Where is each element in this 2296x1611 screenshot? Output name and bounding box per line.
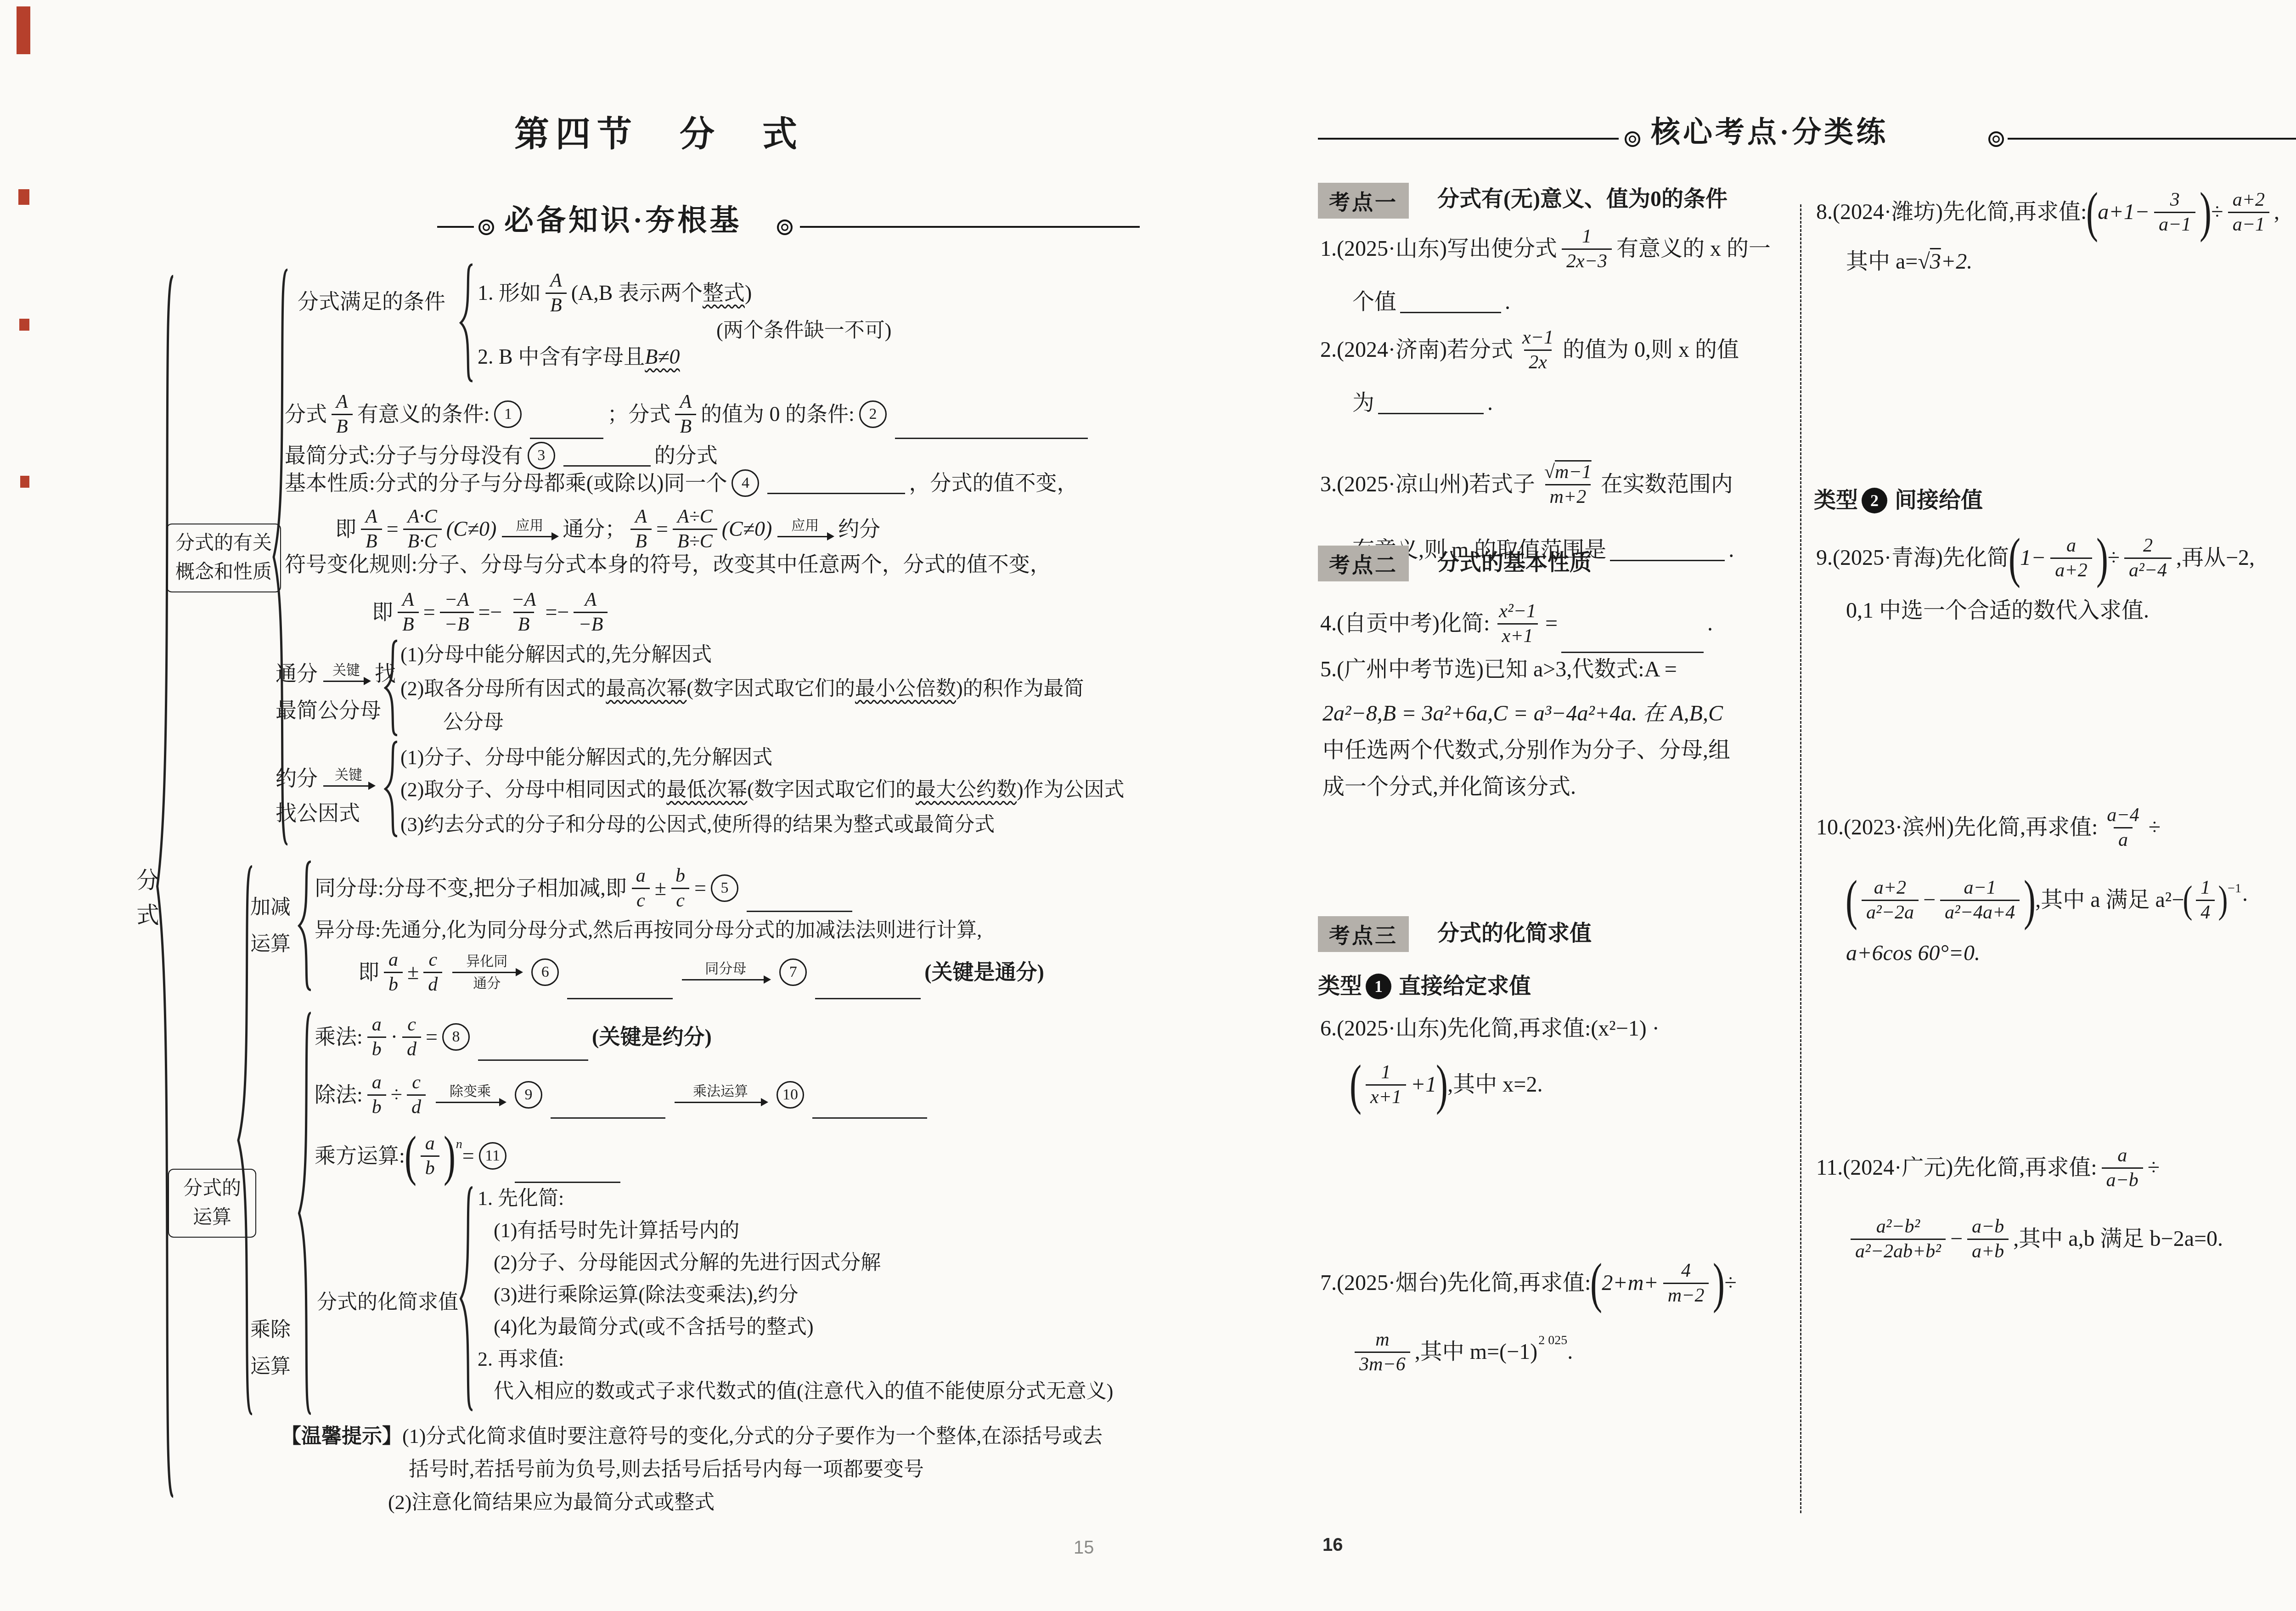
keypoint3-title-text: 分式的化简求值 [1437, 920, 1592, 947]
circled-4: 4 [732, 469, 759, 497]
blank-line [551, 1099, 665, 1119]
fraction: aa−b [2102, 1144, 2143, 1192]
frac-den: −B [574, 612, 608, 636]
big-paren-open: ( [2086, 185, 2098, 240]
simplest-text2: 的分式 [654, 442, 718, 469]
p1-text2: 有意义的 x 的一 [1616, 235, 1771, 263]
tongfen-item2-a: (2)取各分母所有因式的 [400, 676, 606, 701]
red-edge-mark [17, 6, 30, 54]
big-paren-open: ( [1350, 1057, 1362, 1112]
p6-line1-text: 6.(2025·山东)先化简,再求值:(x²−1) · [1320, 1015, 1660, 1042]
fraction: −AB [507, 588, 541, 636]
big-paren-open: ( [2009, 530, 2020, 586]
p6-plus1: +1 [1411, 1071, 1436, 1098]
equals-sign: = [462, 1143, 474, 1169]
problem-2-line2: 为. [1352, 389, 1493, 417]
yuefen-item3: (3)约去分式的分子和分母的公因式,使所得的结果为整式或最简分式 [400, 812, 995, 837]
fraction: a−1a²−4a+4 [1940, 876, 2020, 924]
frac-den: B [675, 414, 696, 438]
p9-line2-text: 0,1 中选一个合适的数代入求值. [1846, 597, 2149, 625]
cond-item1-close: ) [745, 280, 752, 306]
frac-num: A [361, 505, 382, 528]
minus-sign: − [1923, 886, 1936, 914]
meaning-text4: 的值为 0 的条件: [701, 401, 855, 428]
addsub-diff-denominator: 异分母:先通分,化为同分母分式,然后再按同分母分式的加减法法则进行计算, [315, 918, 982, 943]
fraction: cd [402, 1013, 421, 1061]
frac-den: b [367, 1036, 386, 1061]
big-paren-open: ( [1846, 873, 1857, 928]
frac-num: a−b [1967, 1215, 2009, 1238]
keypoint1-title-text: 分式有(无)意义、值为0的条件 [1437, 186, 1728, 213]
circled-5: 5 [711, 874, 738, 902]
sign-rule-row: 符号变化规则:分子、分母与分式本身的符号，改变其中任意两个，分式的值不变， [285, 551, 1051, 578]
frac-num: x²−1 [1494, 600, 1541, 623]
div-label: 除法: [315, 1082, 363, 1108]
circled-8: 8 [442, 1023, 470, 1051]
frac-den: m+2 [1545, 484, 1591, 508]
brace-icon [459, 263, 475, 383]
basic-property-row: 基本性质:分式的分子与分母都乘(或除以)同一个 4 ，分式的值不变， [285, 469, 1078, 497]
p9-line1-text: 9.(2025·青海)先化简 [1816, 544, 2009, 572]
yuefen-item1: (1)分子、分母中能分解因式的,先分解因式 [400, 745, 772, 770]
yuefen-item2-wavy2: 最大公约数 [916, 777, 1017, 802]
brace-icon [459, 1184, 475, 1414]
formula-text: 约分 [838, 516, 880, 542]
labeled-arrow: 应用 [502, 518, 557, 540]
fraction: 1x+1 [1366, 1061, 1406, 1109]
arrow-label: 关键 [335, 767, 362, 783]
type1-title: 直接给定求值 [1399, 973, 1531, 1000]
problem-7-line1: 7.(2025·烟台)先化简,再求值: ( 2+m+ 4m−2 ) ÷ [1320, 1251, 1737, 1315]
p7-divide: ÷ [1724, 1269, 1736, 1297]
frac-den: a [2114, 827, 2133, 851]
sv-step1: 1. 先化简: [478, 1186, 564, 1211]
blank-line [747, 892, 852, 912]
frac-num: a+2 [2228, 188, 2269, 211]
blank-line [515, 1163, 620, 1183]
labeled-arrow: 关键 [323, 767, 374, 789]
fraction: AB [546, 269, 567, 317]
labeled-arrow: 除变乘 [436, 1084, 505, 1106]
yuefen-item2-wavy1: 最低次幂 [666, 777, 747, 802]
arrow-icon [675, 1102, 766, 1103]
blank-line [895, 419, 1088, 439]
fraction: ab [367, 1013, 386, 1061]
addsub-same-denominator: 同分母:分母不变,把分子相加减,即 ac ± bc = 5 [315, 862, 856, 915]
formula-text: 即 [358, 959, 379, 986]
fraction: A·CB·C [403, 505, 442, 553]
keypoint3-badge: 考点三 [1318, 916, 1409, 952]
simplify-evaluate-text: 分式的化简求值 [317, 1290, 458, 1315]
p1-text1: 1.(2025·山东)写出使分式 [1320, 235, 1557, 263]
arrow-label-bottom: 通分 [473, 976, 501, 991]
banner-ring-icon [478, 220, 494, 235]
yuefen-word: 约分 [276, 765, 318, 792]
sign-rule-text: 符号变化规则:分子、分母与分式本身的符号，改变其中任意两个，分式的值不变， [285, 551, 1051, 578]
knowledge-banner-title: 必备知识·夯根基 [504, 202, 742, 239]
radicand: 3 [1930, 248, 1941, 276]
fraction: AB [332, 390, 353, 438]
frac-den: a−1 [2228, 212, 2269, 236]
arrow-icon [682, 979, 769, 980]
sv-step1d: (4)化为最简分式(或不含括号的整式) [494, 1314, 814, 1340]
radicand: m−1 [1555, 462, 1592, 483]
p8-divide: ÷ [2211, 198, 2223, 226]
medium-paren-close: ) [2218, 881, 2228, 919]
sv-step1c: (3)进行乘除运算(除法变乘法),约分 [494, 1282, 799, 1307]
tip-row1: 【温馨提示】(1)分式化简求值时要注意符号的变化,分式的分子要作为一个整体,在添… [281, 1424, 1103, 1449]
frac-num: a [631, 864, 650, 887]
brace-icon [384, 639, 400, 737]
frac-den: b [367, 1094, 386, 1119]
addsub-word1: 加减 [250, 895, 291, 920]
circled-1: 1 [494, 400, 522, 428]
circled-11: 11 [479, 1142, 506, 1170]
sv-step1d-text: (4)化为最简分式(或不含括号的整式) [494, 1314, 814, 1340]
sqrt-icon: √ [1918, 248, 1930, 276]
cond-label-text: 分式满足的条件 [298, 288, 445, 315]
frac-num: −A [440, 588, 474, 611]
muldiv-label-line2: 运算 [250, 1354, 291, 1379]
frac-num: a²−b² [1872, 1215, 1925, 1238]
frac-num: a [367, 1071, 386, 1094]
big-paren-close: ) [2200, 185, 2212, 240]
fraction: a²−b²a²−2ab+b² [1851, 1215, 1946, 1263]
frac-num: a [367, 1013, 386, 1036]
frac-num: a [2062, 534, 2081, 557]
equals-sign: = [426, 1024, 438, 1050]
mul-label: 乘法: [315, 1024, 363, 1050]
frac-num: 4 [1677, 1259, 1695, 1282]
sv-step2a: 代入相应的数或式子求代数式的值(注意代入的值不能使原分式无意义) [494, 1379, 1113, 1404]
frac-num: a [384, 948, 403, 971]
fraction: A÷CB÷C [673, 505, 717, 553]
fraction: ab [367, 1071, 386, 1119]
cond-item2-text: 2. B 中含有字母且 [478, 344, 645, 370]
frac-den: a−1 [2154, 212, 2195, 236]
dot-sign: · [391, 1024, 398, 1050]
type2-word: 类型 [1814, 487, 1858, 514]
cond-item1-wavy: 整式 [703, 280, 745, 306]
fraction: ab [384, 948, 403, 996]
fraction: ac [631, 864, 650, 912]
frac-num: A [332, 390, 353, 413]
fraction: bc [671, 864, 690, 912]
fraction: m3m−6 [1355, 1328, 1410, 1376]
tongfen-word: 通分 [276, 660, 318, 687]
arrow-icon [436, 1102, 505, 1103]
p5-line3-text: 中任选两个代数式,分别作为分子、分母,组 [1322, 737, 1730, 764]
p7-line1-text: 7.(2025·烟台)先化简,再求值: [1320, 1269, 1591, 1297]
p9-tail: ,再从−2, [2176, 544, 2255, 572]
addsub-item1-text: 同分母:分母不变,把分子相加减,即 [315, 875, 627, 901]
blank-line [1610, 541, 1725, 561]
equals-sign: = [478, 599, 490, 625]
meaning-text1: 分式 [285, 401, 327, 428]
arrow-label: 关键 [332, 663, 360, 678]
frac-den: a+b [1967, 1239, 2009, 1263]
banner-line-left [437, 226, 474, 228]
tip-row2: 括号时,若括号前为负号,则去括号后括号内每一项都要变号 [409, 1457, 924, 1482]
p9-divide: ÷ [2108, 544, 2120, 572]
arrow-icon [323, 681, 369, 682]
tongfen-denominator-text: 最简公分母 [276, 697, 381, 724]
p4-equals: = [1545, 610, 1558, 637]
labeled-arrow: 同分母 [682, 961, 769, 983]
problem-2-line1: 2.(2024·济南)若分式 x−12x 的值为 0,则 x 的值 [1320, 322, 1739, 377]
frac-num: A [546, 269, 567, 292]
key-note: (关键是约分) [592, 1024, 712, 1050]
tongfen-item2-f: 公分母 [443, 710, 504, 735]
p10-line1-text: 10.(2023·滨州)先化简,再求值: [1816, 814, 2098, 841]
frac-den: x+1 [1366, 1084, 1406, 1109]
cond-item1: 1. 形如 AB (A,B 表示两个整式) [478, 265, 752, 321]
frac-den: 4 [2196, 900, 2215, 924]
muldiv-word2: 运算 [250, 1354, 291, 1379]
branch-concepts-line1: 分式的有关 [174, 529, 274, 558]
problem-3-line1: 3.(2025·凉山州)若式子 √m−1m+2 在实数范围内 [1320, 450, 1733, 519]
cond-item1-note: (A,B 表示两个 [571, 280, 703, 306]
p7-expr: 2+m+ [1602, 1269, 1658, 1297]
equals-sign: = [546, 599, 557, 625]
big-paren-close: ) [1713, 1256, 1725, 1311]
frac-den: B·C [403, 529, 442, 553]
exponent: −1 [2228, 880, 2241, 896]
fraction: AB [398, 588, 419, 636]
addsub-word2: 运算 [250, 931, 291, 957]
page-number-left: 15 [1074, 1538, 1094, 1558]
division-row: 除法: ab ÷ cd 除变乘 9 乘法运算 10 [315, 1068, 931, 1121]
type2-row: 类型2间接给值 [1814, 487, 1983, 514]
frac-den: −B [440, 612, 474, 636]
keypoint1-tag: 考点一 [1329, 186, 1398, 216]
p8-comma: , [2274, 198, 2279, 226]
p8-condition: 其中 a= [1846, 248, 1918, 276]
minus-sign: − [1950, 1225, 1963, 1253]
arrow-label-top: 异化同 [466, 954, 507, 969]
problem-10-line1: 10.(2023·滨州)先化简,再求值: a−4a ÷ [1816, 795, 2161, 860]
tip-row3: (2)注意化简结果应为最简分式或整式 [388, 1490, 715, 1515]
addsub-item2-text: 异分母:先通分,化为同分母分式,然后再按同分母分式的加减法法则进行计算, [315, 918, 982, 943]
yuefen-item2-c: (数字因式取它们的 [747, 777, 916, 802]
blank-line [1378, 394, 1484, 414]
p8-tail: +2. [1941, 248, 1972, 276]
sv-step1c-text: (3)进行乘除运算(除法变乘法),约分 [494, 1282, 799, 1307]
frac-num: a+2 [1869, 876, 1911, 899]
brace-icon [384, 740, 400, 838]
p2-text2: 的值为 0,则 x 的值 [1563, 336, 1739, 364]
arrow-icon [502, 536, 557, 537]
fraction: cd [423, 948, 442, 996]
p2-text1: 2.(2024·济南)若分式 [1320, 336, 1513, 364]
problem-1-line2: 个值. [1352, 288, 1510, 316]
frac-den: b [384, 972, 403, 996]
cond-item1-text: 1. 形如 [478, 280, 541, 306]
muldiv-word1: 乘除 [250, 1317, 291, 1342]
frac-den: x+1 [1497, 623, 1538, 648]
frac-den: d [423, 972, 442, 996]
sqrt-icon: √ [1544, 462, 1555, 483]
blank-line [812, 1099, 927, 1119]
circled-10: 10 [777, 1081, 804, 1109]
condition-text: (C≠0) [446, 516, 497, 542]
fraction: 3a−1 [2154, 188, 2195, 236]
circled-7: 7 [779, 958, 807, 986]
problem-7-line2: m3m−6 ,其中 m=(−1)2 025. [1350, 1320, 1573, 1384]
arrow-label: 除变乘 [450, 1084, 491, 1099]
frac-den: B [513, 612, 535, 636]
frac-den: a²−2ab+b² [1851, 1239, 1946, 1263]
tip-line3: (2)注意化简结果应为最简分式或整式 [388, 1490, 715, 1515]
sv-step2: 2. 再求值: [478, 1346, 564, 1372]
basic-text2: ，分式的值不变， [909, 470, 1078, 496]
p1-period: . [1505, 288, 1510, 316]
keypoint2-badge: 考点二 [1318, 546, 1409, 581]
problem-5-line2: 2a²−8,B = 3a²+6a,C = a³−4a²+4a. 在 A,B,C [1322, 700, 1723, 727]
p4-text1: 4.(自贡中考)化简: [1320, 610, 1490, 637]
p10-condition: ,其中 a 满足 a²− [2035, 886, 2184, 914]
problem-6-line1: 6.(2025·山东)先化简,再求值:(x²−1) · [1320, 1015, 1660, 1042]
fraction: x²−1x+1 [1494, 600, 1541, 648]
meaning-text3: ；分式 [607, 401, 670, 428]
big-paren-close: ) [2096, 530, 2108, 586]
p1-text3: 个值 [1352, 288, 1396, 316]
problem-5-line4: 成一个分式,并化简该分式. [1322, 773, 1576, 801]
frac-den: B [398, 612, 419, 636]
arrow-icon [452, 972, 521, 973]
frac-num: b [671, 864, 690, 887]
big-paren-open: ( [1590, 1256, 1602, 1311]
frac-num: A [398, 588, 419, 611]
blank-line [563, 447, 651, 467]
frac-num: A [630, 505, 652, 528]
fraction: √m−1m+2 [1540, 461, 1596, 508]
labeled-arrow: 关键 [323, 663, 369, 685]
fraction: 12x−3 [1562, 225, 1612, 273]
frac-num: c [403, 1013, 421, 1036]
blank-line [815, 980, 921, 999]
simplest-text1: 最简分式:分子与分母没有 [285, 442, 523, 469]
branch-concepts-line2: 概念和性质 [174, 558, 274, 587]
labeled-arrow: 应用 [777, 518, 833, 540]
tongfen-item1-text: (1)分母中能分解因式的,先分解因式 [400, 642, 712, 667]
tongfen-item2-wavy1: 最高次幂 [606, 676, 687, 701]
frac-num: a [2113, 1144, 2132, 1167]
labeled-arrow: 乘法运算 [675, 1084, 766, 1106]
fraction: a+2a²−2a [1862, 876, 1919, 924]
banner-ring-icon [777, 220, 793, 235]
cond-label: 分式满足的条件 [298, 288, 445, 315]
equals-sign: = [694, 875, 706, 901]
frac-num: A·C [403, 505, 442, 528]
tip-label: 【温馨提示】 [281, 1424, 402, 1449]
condition-text: (C≠0) [722, 516, 772, 542]
keypoints-banner-title: 核心考点·分类练 [1651, 114, 1888, 151]
keypoints-banner-text: 核心考点·分类练 [1651, 114, 1888, 151]
addsub-label-line2: 运算 [250, 931, 291, 957]
frac-den: m−2 [1663, 1283, 1709, 1307]
formula-text: 即 [372, 599, 393, 625]
problem-8-line1: 8.(2024·潍坊)先化简,再求值: ( a+1− 3a−1 ) ÷ a+2a… [1816, 180, 2279, 244]
problem-5-line1: 5.(广州中考节选)已知 a>3,代数式:A = [1320, 656, 1677, 683]
sv-step1b: (2)分子、分母能因式分解的先进行因式分解 [494, 1250, 881, 1275]
branch-concepts-label: 分式的有关 概念和性质 [166, 524, 281, 592]
meaning-row: 分式 AB 有意义的条件: 1 ；分式 AB 的值为 0 的条件: 2 [285, 387, 1092, 442]
frac-num: x−1 [1518, 326, 1558, 349]
frac-num: 1 [2196, 876, 2215, 899]
frac-num: c [407, 1071, 425, 1094]
yuefen-label2: 找公因式 [276, 800, 360, 827]
p3-text1: 3.(2025·凉山州)若式子 [1320, 471, 1535, 498]
addsub-label-line1: 加减 [250, 895, 291, 920]
frac-den: B [361, 529, 382, 553]
frac-den: d [407, 1094, 426, 1119]
p2-text3: 为 [1352, 389, 1374, 417]
arrow-label: 应用 [516, 518, 543, 533]
tip-line1: (1)分式化简求值时要注意符号的变化,分式的分子要作为一个整体,在添括号或去 [402, 1424, 1103, 1449]
frac-den: b [421, 1155, 439, 1180]
frac-den: 3m−6 [1355, 1352, 1410, 1376]
divide-sign: ÷ [391, 1082, 402, 1108]
arrow-label: 乘法运算 [693, 1084, 748, 1099]
plus-minus-sign: ± [407, 959, 419, 986]
frac-den: a²−4a+4 [1940, 900, 2020, 924]
circled-2: 2 [859, 400, 887, 428]
arrow-label: 应用 [791, 518, 819, 533]
big-paren-close: ) [1436, 1057, 1448, 1112]
tongfen-item2: (2)取各分母所有因式的最高次幂(数字因式取它们的最小公倍数)的积作为最简 [400, 676, 1084, 701]
frac-num: 1 [1376, 1061, 1395, 1084]
fraction: AB [630, 505, 652, 553]
minus-sign: − [490, 599, 502, 625]
frac-num: A÷C [673, 505, 717, 528]
frac-den: c [632, 888, 650, 912]
frac-den: B [630, 529, 652, 553]
circled-9: 9 [515, 1081, 542, 1109]
brace-icon [155, 257, 176, 1515]
page-number-left-text: 15 [1074, 1538, 1094, 1558]
muldiv-label-line1: 乘除 [250, 1317, 291, 1342]
labeled-arrow: 异化同通分 [452, 954, 521, 991]
red-edge-mark [20, 476, 29, 488]
column-divider [1800, 204, 1801, 1513]
p7-period: . [1567, 1338, 1573, 1366]
problem-4: 4.(自贡中考)化简: x²−1x+1 = . [1320, 591, 1713, 656]
p5-line2-text: 2a²−8,B = 3a²+6a,C = a³−4a²+4a. 在 A,B,C [1322, 700, 1723, 727]
frac-den: c [671, 888, 689, 912]
p3-text2: 在实数范围内 [1601, 471, 1733, 498]
problem-10-line3: a+6cos 60°=0. [1846, 940, 1980, 967]
addsub-formula: 即 ab ± cd 异化同通分 6 同分母 7 (关键是通分) [358, 942, 1044, 1002]
p9-expr: 1− [2020, 544, 2046, 572]
frac-num: 2 [2138, 534, 2157, 557]
p11-line1-text: 11.(2024·广元)先化简,再求值: [1816, 1154, 2097, 1182]
power-row: 乘方运算: ( ab ) n = 11 [315, 1126, 624, 1186]
frac-num: −A [507, 588, 541, 611]
fraction: a+2a−1 [2228, 188, 2269, 236]
red-edge-mark [18, 189, 29, 205]
banner-line-right [2008, 138, 2296, 140]
p2-period: . [1487, 389, 1493, 417]
red-edge-mark [19, 319, 29, 331]
fraction: AB [675, 390, 696, 438]
problem-10-line2: ( a+2a²−2a − a−1a²−4a+4 ) ,其中 a 满足 a²− (… [1846, 863, 2249, 937]
banner-ring-icon [1988, 131, 2004, 147]
pow-label: 乘方运算: [315, 1143, 405, 1169]
cond-item2-wavy: B≠0 [645, 344, 680, 370]
fraction: aa+2 [2050, 534, 2092, 582]
frac-num: m [1371, 1328, 1394, 1351]
